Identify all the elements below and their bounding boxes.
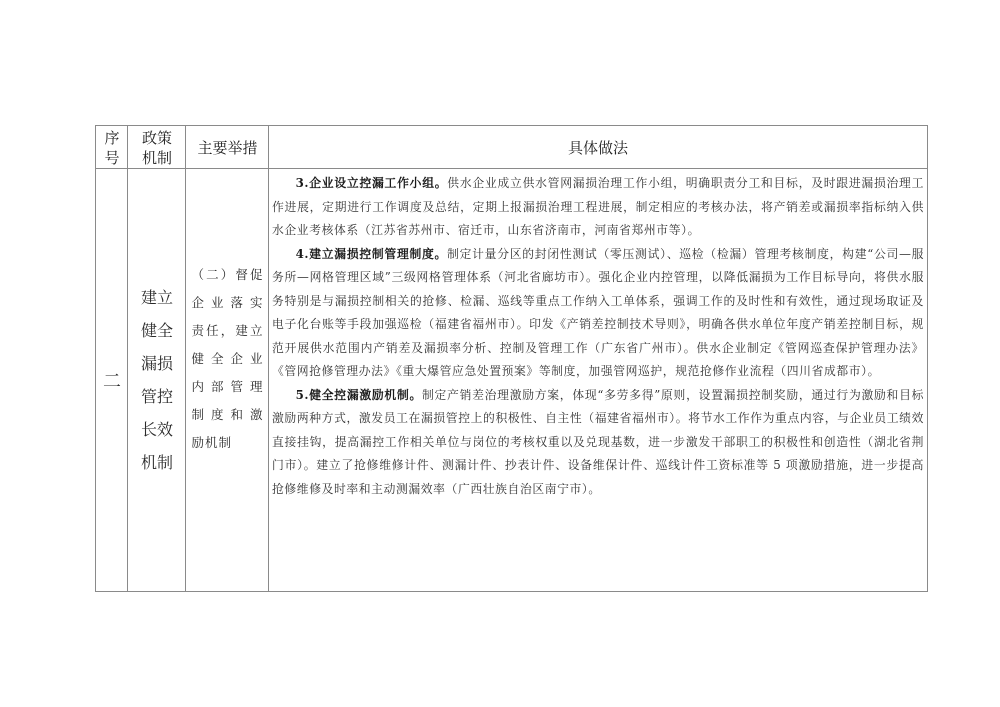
detail-paragraph-4: 4.建立漏损控制管理制度。制定计量分区的封闭性测试（零压测试）、巡检（检漏）管理… <box>272 243 924 384</box>
paragraph-title: 4.建立漏损控制管理制度。 <box>296 247 448 261</box>
row-detail: 3.企业设立控漏工作小组。供水企业成立供水管网漏损治理工作小组，明确职责分工和目… <box>272 172 924 501</box>
header-seq-line1: 序 <box>104 128 119 148</box>
paragraph-title: 3.企业设立控漏工作小组。 <box>296 176 448 190</box>
detail-paragraph-5: 5.健全控漏激励机制。制定产销差治理激励方案，体现“多劳多得”原则，设置漏损控制… <box>272 384 924 502</box>
header-policy-line2: 机制 <box>142 148 172 168</box>
measure-line: 企业落实 <box>192 289 264 317</box>
row-policy: 建立 健全 漏损 管控 长效 机制 <box>137 281 177 479</box>
header-policy-line1: 政策 <box>142 128 172 148</box>
policy-line: 长效 <box>137 413 177 446</box>
measure-line: （二）督促 <box>192 261 264 289</box>
policy-line: 管控 <box>137 380 177 413</box>
measure-line: 励机制 <box>192 429 264 457</box>
policy-line: 机制 <box>137 446 177 479</box>
header-measure: 主要举措 <box>186 126 269 169</box>
header-seq: 序 号 <box>96 126 128 169</box>
measure-line: 责任，建立 <box>192 317 264 345</box>
paragraph-title: 5.健全控漏激励机制。 <box>296 388 422 402</box>
row-measure: （二）督促 企业落实 责任，建立 健全企业 内部管理 制度和激 励机制 <box>192 261 264 457</box>
measure-line: 制度和激 <box>192 401 264 429</box>
paragraph-text: 制定计量分区的封闭性测试（零压测试）、巡检（检漏）管理考核制度，构建“公司—服务… <box>272 247 924 379</box>
paragraph-text: 制定产销差治理激励方案，体现“多劳多得”原则，设置漏损控制奖励，通过行为激励和目… <box>272 388 924 496</box>
header-detail: 具体做法 <box>269 126 927 169</box>
policy-line: 建立 <box>137 281 177 314</box>
header-seq-line2: 号 <box>104 148 119 168</box>
row-policy-cell: 建立 健全 漏损 管控 长效 机制 <box>128 169 186 591</box>
measure-line: 健全企业 <box>192 345 264 373</box>
policy-line: 漏损 <box>137 347 177 380</box>
row-seq: 二 <box>103 367 121 393</box>
header-policy: 政策 机制 <box>128 126 186 169</box>
policy-line: 健全 <box>137 314 177 347</box>
row-measure-cell: （二）督促 企业落实 责任，建立 健全企业 内部管理 制度和激 励机制 <box>186 169 269 591</box>
row-seq-cell: 二 <box>96 169 128 591</box>
policy-table: 序 号 政策 机制 主要举措 具体做法 二 建立 健全 漏损 管控 长效 机制 … <box>95 125 928 592</box>
detail-paragraph-3: 3.企业设立控漏工作小组。供水企业成立供水管网漏损治理工作小组，明确职责分工和目… <box>272 172 924 243</box>
measure-line: 内部管理 <box>192 373 264 401</box>
